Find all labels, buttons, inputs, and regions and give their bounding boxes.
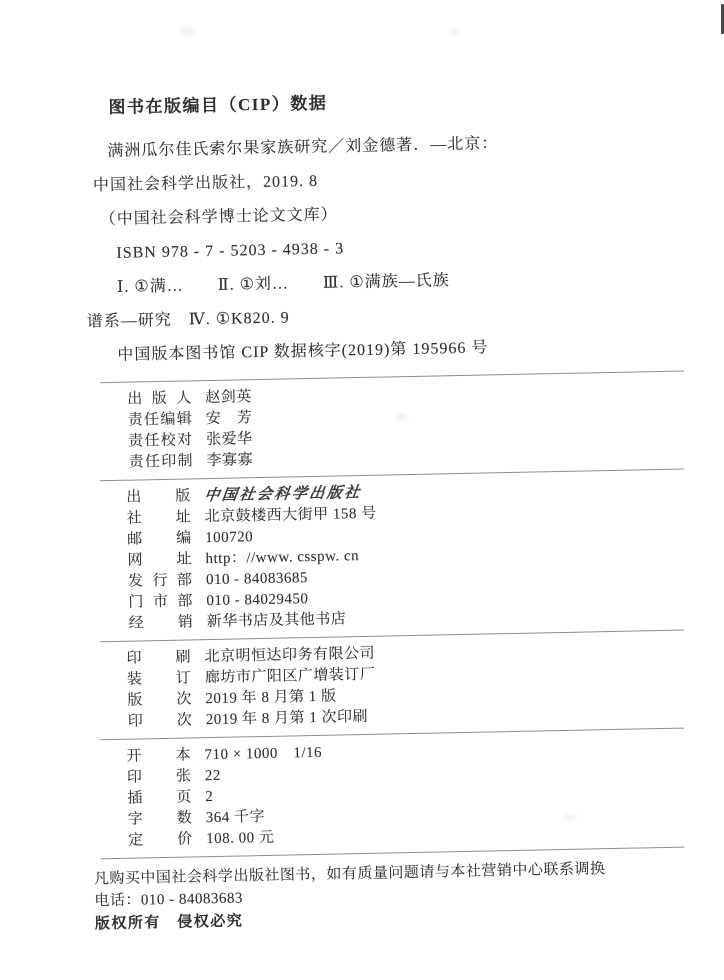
field-label: 装订 bbox=[127, 668, 191, 690]
field-value: 100720 bbox=[205, 529, 253, 546]
field-value: 北京明恒达印务有限公司 bbox=[204, 646, 375, 665]
format-block: 开本710 × 1000 1/16 印张22 插页2 字数364 千字 定价10… bbox=[7, 728, 724, 861]
field-label: 网址 bbox=[127, 549, 191, 571]
field-label: 版次 bbox=[127, 689, 191, 711]
field-label: 门市部 bbox=[128, 591, 192, 613]
field-label: 印刷 bbox=[126, 647, 190, 669]
publisher-website: http：//www. csspw. cn bbox=[205, 548, 359, 567]
field-label: 经销 bbox=[129, 612, 193, 634]
field-value: 2019 年 8 月第 1 次印刷 bbox=[206, 709, 369, 728]
field-label: 开本 bbox=[126, 745, 190, 767]
field-value: 廊坊市广阳区广增装订厂 bbox=[205, 667, 376, 686]
cip-section: 图书在版编目（CIP）数据 满洲瓜尔佳氏索尔果家族研究／刘金德著．—北京： 中国… bbox=[0, 0, 724, 375]
publisher-block: 出版中国社会科学出版社 社址北京鼓楼西大街甲 158 号 邮编100720 网址… bbox=[2, 469, 724, 643]
field-value: 22 bbox=[205, 768, 221, 784]
publisher-logotype: 中国社会科学出版社 bbox=[203, 483, 363, 507]
field-label: 邮编 bbox=[127, 528, 191, 550]
field-label: 责任编辑 bbox=[128, 409, 192, 431]
footer-section: 凡购买中国社会科学出版社图书，如有质量问题请与本社营销中心联系调换 电话：010… bbox=[10, 847, 724, 938]
field-label: 定价 bbox=[128, 829, 192, 851]
field-label: 印张 bbox=[127, 766, 191, 788]
field-value: 北京鼓楼西大街甲 158 号 bbox=[205, 506, 377, 525]
field-value: 李寡寡 bbox=[206, 452, 253, 469]
cip-heading: 图书在版编目（CIP）数据 bbox=[108, 79, 719, 125]
field-label: 字数 bbox=[128, 808, 192, 830]
staff-block: 出版人赵剑英 责任编辑安 芳 责任校对张爱华 责任印制李寡寡 bbox=[0, 371, 724, 483]
field-label: 出版人 bbox=[127, 388, 191, 410]
field-value: 2 bbox=[205, 789, 213, 805]
field-value: 710 × 1000 1/16 bbox=[204, 745, 322, 763]
field-value: 安 芳 bbox=[206, 410, 253, 427]
field-value: 108. 00 元 bbox=[206, 830, 275, 847]
field-value: 赵剑英 bbox=[205, 389, 252, 406]
field-label: 发行部 bbox=[128, 570, 192, 592]
field-value: 新华书店及其他书店 bbox=[207, 611, 347, 630]
field-label: 社址 bbox=[127, 507, 191, 529]
field-value: 张爱华 bbox=[206, 431, 253, 448]
page-content: 图书在版编目（CIP）数据 满洲瓜尔佳氏索尔果家族研究／刘金德著．—北京： 中国… bbox=[0, 0, 724, 980]
printing-block: 印刷北京明恒达印务有限公司 装订廊坊市广阳区广增装订厂 版次2019 年 8 月… bbox=[5, 630, 724, 742]
field-label: 插页 bbox=[127, 787, 191, 809]
field-value: 010 - 84083685 bbox=[206, 570, 308, 588]
field-label: 出版 bbox=[126, 486, 190, 508]
field-value: 2019 年 8 月第 1 版 bbox=[205, 689, 337, 708]
copyright-page: 图书在版编目（CIP）数据 满洲瓜尔佳氏索尔果家族研究／刘金德著．—北京： 中国… bbox=[0, 0, 724, 980]
field-label: 责任印制 bbox=[128, 451, 192, 473]
field-value: 364 千字 bbox=[206, 809, 266, 826]
field-label: 印次 bbox=[128, 710, 192, 732]
field-value: 010 - 84029450 bbox=[206, 591, 308, 609]
field-label: 责任校对 bbox=[128, 430, 192, 452]
